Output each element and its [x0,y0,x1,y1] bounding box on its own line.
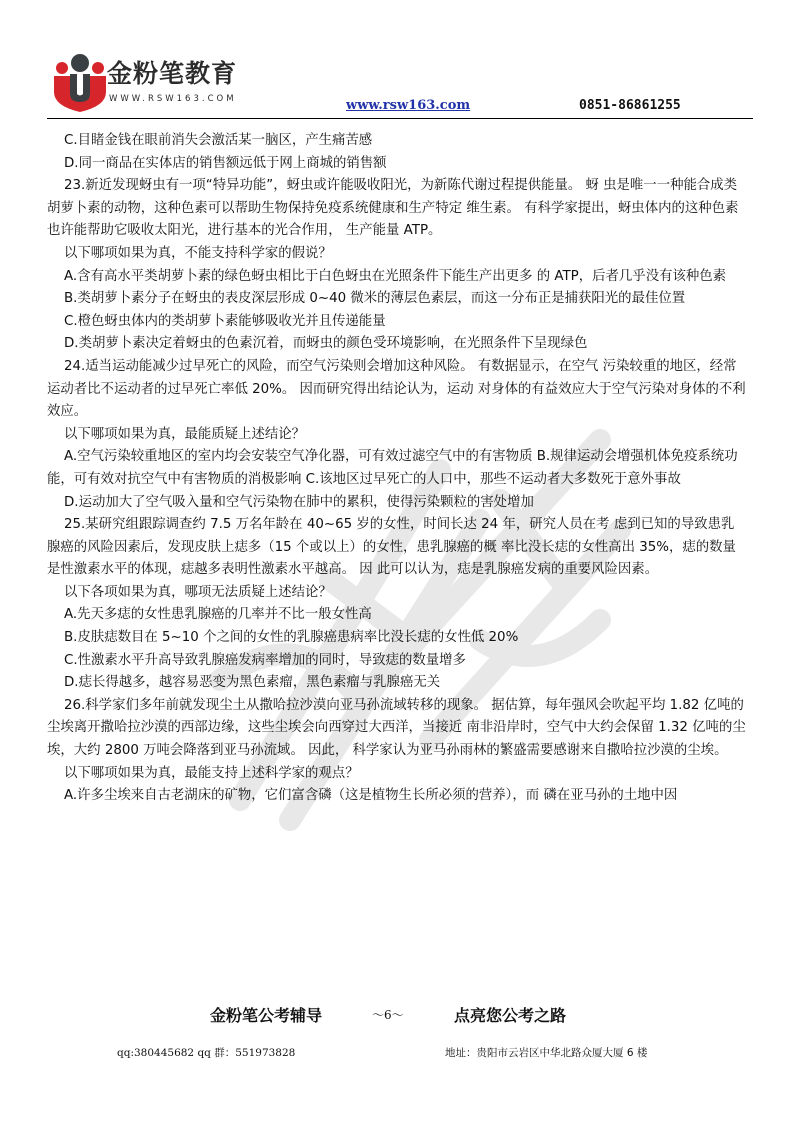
question-26-option-a: A.许多尘埃来自古老湖床的矿物，它们富含磷（这是植物生长所必须的营养），而 磷在… [47,785,747,808]
phone-number: 0851-86861255 [579,98,681,113]
question-25-option-d: D.痣长得越多，越容易恶变为黑色素瘤，黑色素瘤与乳腺癌无关 [47,672,747,695]
question-24-prompt: 以下哪项如果为真，最能质疑上述结论？ [47,424,747,447]
header-divider [47,118,753,119]
question-23-option-b: B.类胡萝卜素分子在蚜虫的表皮深层形成 0~40 微米的薄层色素层，而这一分布正… [47,288,747,311]
footer-contact: qq:380445682 qq 群：551973828 地址：贵阳市云岩区中华北… [0,1045,793,1061]
question-24-stem: 24.适当运动能减少过早死亡的风险，而空气污染则会增加这种风险。 有数据显示，在… [47,356,747,424]
address: 地址：贵阳市云岩区中华北路众厦大厦 6 楼 [445,1045,647,1060]
question-25-option-b: B.皮肤痣数目在 5~10 个之间的女性的乳腺癌患病率比没长痣的女性低 20% [47,627,747,650]
question-25-option-c: C.性激素水平升高导致乳腺癌发病率增加的同时，导致痣的数量增多 [47,650,747,673]
question-23-prompt: 以下哪项如果为真，不能支持科学家的假说？ [47,243,747,266]
page-header: 金粉笔教育 WWW.RSW163.COM www.rsw163.com 0851… [47,48,753,120]
website-link[interactable]: www.rsw163.com [346,98,470,113]
footer-slogan-right: 点亮您公考之路 [454,1003,566,1026]
brand-url: WWW.RSW163.COM [109,94,237,104]
question-25-prompt: 以下各项如果为真，哪项无法质疑上述结论？ [47,582,747,605]
footer-slogan-left: 金粉笔公考辅导 [210,1003,322,1026]
question-25-stem: 25.某研究组跟踪调查约 7.5 万名年龄在 40~65 岁的女性，时间长达 2… [47,514,747,582]
brand-name: 金粉笔教育 [107,54,237,90]
question-23-option-c: C.橙色蚜虫体内的类胡萝卜素能够吸收光并且传递能量 [47,311,747,334]
document-body: C.目睹金钱在眼前消失会激活某一脑区，产生痛苦感 D.同一商品在实体店的销售额远… [47,130,747,808]
question-26-prompt: 以下哪项如果为真，最能支持上述科学家的观点？ [47,763,747,786]
page-footer: 金粉笔公考辅导 ～6～ 点亮您公考之路 [0,1003,793,1027]
question-24-options-abc: A.空气污染较重地区的室内均会安装空气净化器，可有效过滤空气中的有害物质 B.规… [47,446,747,491]
question-24-option-d: D.运动加大了空气吸入量和空气污染物在肺中的累积，使得污染颗粒的害处增加 [47,492,747,515]
page-number: ～6～ [372,1006,404,1023]
question-23-stem: 23.新近发现蚜虫有一项“特异功能”，蚜虫或许能吸收阳光，为新陈代谢过程提供能量… [47,175,747,243]
question-23-option-d: D.类胡萝卜素决定着蚜虫的色素沉着，而蚜虫的颜色受环境影响，在光照条件下呈现绿色 [47,333,747,356]
question-23-option-a: A.含有高水平类胡萝卜素的绿色蚜虫相比于白色蚜虫在光照条件下能生产出更多 的 A… [47,266,747,289]
qq-contact: qq:380445682 qq 群：551973828 [117,1045,295,1060]
paragraph: C.目睹金钱在眼前消失会激活某一脑区，产生痛苦感 [47,130,747,153]
question-25-option-a: A.先天多痣的女性患乳腺癌的几率并不比一般女性高 [47,604,747,627]
paragraph: D.同一商品在实体店的销售额远低于网上商城的销售额 [47,153,747,176]
brand-logo-icon [50,52,110,112]
question-26-stem: 26.科学家们多年前就发现尘土从撒哈拉沙漠向亚马孙流域转移的现象。 据估算，每年… [47,695,747,763]
